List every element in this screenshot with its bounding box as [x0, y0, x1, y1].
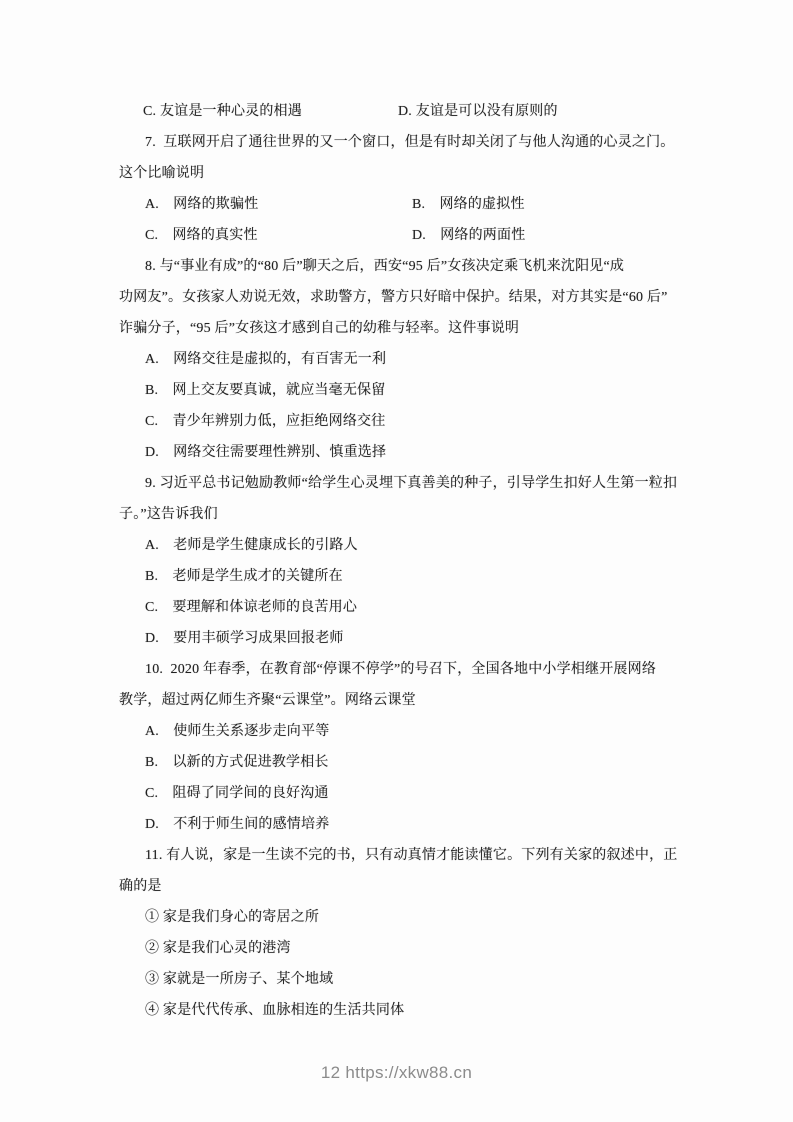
q9-stem-line-1: 9. 习近平总书记勉励教师“给学生心灵埋下真善美的种子，引导学生扣好人生第一粒扣	[119, 468, 679, 499]
q11-stem-line-2: 确的是	[119, 871, 679, 902]
q10-stem-line-1: 10. 2020 年春季，在教育部“停课不停学”的号召下，全国各地中小学相继开展…	[119, 654, 679, 685]
q10-option-c: C. 阻碍了同学间的良好沟通	[119, 778, 679, 809]
q9-option-c: C. 要理解和体谅老师的良苦用心	[119, 592, 679, 623]
q6-options-row-cd: C. 友谊是一种心灵的相遇 D. 友谊是可以没有原则的	[119, 96, 679, 127]
page-footer: 12 https://xkw88.cn	[0, 1060, 793, 1086]
q9-option-d: D. 要用丰硕学习成果回报老师	[119, 623, 679, 654]
q7-options-row-ab: A. 网络的欺骗性 B. 网络的虚拟性	[119, 189, 679, 220]
q8-stem-line-3: 诈骗分子，“95 后”女孩这才感到自己的幼稚与轻率。这件事说明	[119, 313, 679, 344]
q9-option-b: B. 老师是学生成才的关键所在	[119, 561, 679, 592]
q9-option-a: A. 老师是学生健康成长的引路人	[119, 530, 679, 561]
page-number: 12	[321, 1063, 341, 1082]
q9-stem-line-2: 子。”这告诉我们	[119, 499, 679, 530]
q10-stem-line-2: 教学，超过两亿师生齐聚“云课堂”。网络云课堂	[119, 685, 679, 716]
q7-option-b: B. 网络的虚拟性	[412, 189, 525, 220]
q11-stem-line-1: 11. 有人说，家是一生读不完的书，只有动真情才能读懂它。下列有关家的叙述中，正	[119, 840, 679, 871]
watermark-url: https://xkw88.cn	[345, 1063, 472, 1082]
q10-option-b: B. 以新的方式促进教学相长	[119, 747, 679, 778]
q7-option-a: A. 网络的欺骗性	[145, 189, 258, 220]
q7-options-row-cd: C. 网络的真实性 D. 网络的两面性	[119, 220, 679, 251]
q7-stem-line-2: 这个比喻说明	[119, 158, 679, 189]
q6-option-c: C. 友谊是一种心灵的相遇	[143, 96, 302, 127]
q8-stem-line-2: 功网友”。女孩家人劝说无效，求助警方，警方只好暗中保护。结果，对方其实是“60 …	[119, 282, 679, 313]
q8-stem-line-1: 8. 与“事业有成”的“80 后”聊天之后，西安“95 后”女孩决定乘飞机来沈阳…	[119, 251, 679, 282]
exam-content: C. 友谊是一种心灵的相遇 D. 友谊是可以没有原则的 7. 互联网开启了通往世…	[119, 96, 679, 1026]
q11-option-2: ② 家是我们心灵的港湾	[119, 933, 679, 964]
q7-option-d: D. 网络的两面性	[412, 220, 525, 251]
q8-option-a: A. 网络交往是虚拟的，有百害无一利	[119, 344, 679, 375]
q7-option-c: C. 网络的真实性	[145, 220, 258, 251]
q10-option-d: D. 不利于师生间的感情培养	[119, 809, 679, 840]
q8-option-c: C. 青少年辨别力低，应拒绝网络交往	[119, 406, 679, 437]
q10-option-a: A. 使师生关系逐步走向平等	[119, 716, 679, 747]
q7-stem-line-1: 7. 互联网开启了通往世界的又一个窗口，但是有时却关闭了与他人沟通的心灵之门。	[119, 127, 679, 158]
exam-page: C. 友谊是一种心灵的相遇 D. 友谊是可以没有原则的 7. 互联网开启了通往世…	[0, 0, 793, 1122]
q8-option-d: D. 网络交往需要理性辨别、慎重选择	[119, 437, 679, 468]
q11-option-4: ④ 家是代代传承、血脉相连的生活共同体	[119, 995, 679, 1026]
q11-option-1: ① 家是我们身心的寄居之所	[119, 902, 679, 933]
q8-option-b: B. 网上交友要真诚，就应当毫无保留	[119, 375, 679, 406]
q6-option-d: D. 友谊是可以没有原则的	[398, 96, 558, 127]
q11-option-3: ③ 家就是一所房子、某个地域	[119, 964, 679, 995]
